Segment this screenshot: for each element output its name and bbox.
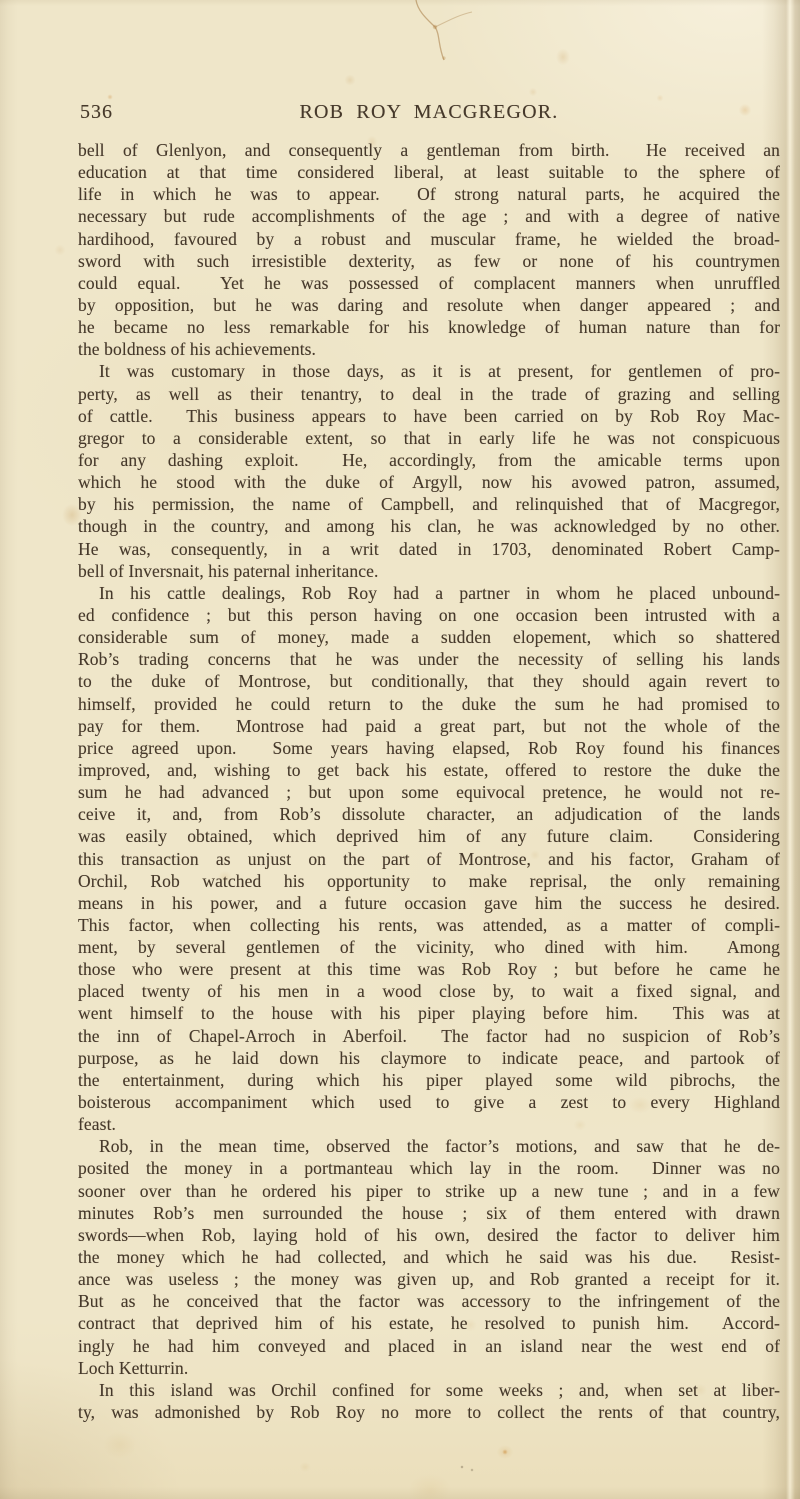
text-line: price agreed upon. Some years having ela… bbox=[78, 737, 780, 759]
text-line: considerable sum of money, made a sudden… bbox=[78, 626, 780, 648]
text-line: this transaction as unjust on the part o… bbox=[78, 848, 780, 870]
page-header: 536 ROB ROY MACGREGOR. bbox=[78, 100, 780, 126]
text-line: improved, and, wishing to get back his e… bbox=[78, 759, 780, 781]
text-line: ty, was admonished by Rob Roy no more to… bbox=[78, 1401, 780, 1423]
text-line: to the duke of Montrose, but conditional… bbox=[78, 670, 780, 692]
paragraph: bell of Glenlyon, and consequently a gen… bbox=[78, 139, 780, 360]
text-line: himself, provided he could return to the… bbox=[78, 693, 780, 715]
text-line: This factor, when collecting his rents, … bbox=[78, 914, 780, 936]
paragraph: It was customary in those days, as it is… bbox=[78, 360, 780, 581]
text-line: for any dashing exploit. He, accordingly… bbox=[78, 449, 780, 471]
text-line: In this island was Orchil confined for s… bbox=[78, 1379, 780, 1401]
text-line: of cattle. This business appears to have… bbox=[78, 405, 780, 427]
text-line: the inn of Chapel-Arroch in Aberfoil. Th… bbox=[78, 1025, 780, 1047]
text-line: boisterous accompaniment which used to g… bbox=[78, 1091, 780, 1113]
text-line: ceive it, and, from Rob’s dissolute char… bbox=[78, 803, 780, 825]
text-line: means in his power, and a future occasio… bbox=[78, 892, 780, 914]
text-line: Rob, in the mean time, observed the fact… bbox=[78, 1135, 780, 1157]
paragraph: In his cattle dealings, Rob Roy had a pa… bbox=[78, 582, 780, 1136]
text-line: purpose, as he laid down his claymore to… bbox=[78, 1047, 780, 1069]
text-line: It was customary in those days, as it is… bbox=[78, 360, 780, 382]
book-page: 536 ROB ROY MACGREGOR. bell of Glenlyon,… bbox=[0, 0, 800, 1499]
text-line: life in which he was to appear. Of stron… bbox=[78, 183, 780, 205]
text-line: went himself to the house with his piper… bbox=[78, 1002, 780, 1024]
text-line: necessary but rude accomplishments of th… bbox=[78, 205, 780, 227]
text-block: bell of Glenlyon, and consequently a gen… bbox=[78, 139, 780, 1423]
text-line: bell of Inversnait, his paternal inherit… bbox=[78, 560, 780, 582]
text-line: ingly he had him conveyed and placed in … bbox=[78, 1335, 780, 1357]
text-line: the boldness of his achievements. bbox=[78, 338, 780, 360]
text-line: ment, by several gentlemen of the vicini… bbox=[78, 936, 780, 958]
text-line: feast. bbox=[78, 1113, 780, 1135]
text-line: though in the country, and among his cla… bbox=[78, 515, 780, 537]
text-line: Loch Ketturrin. bbox=[78, 1357, 780, 1379]
text-line: he became no less remarkable for his kno… bbox=[78, 316, 780, 338]
text-line: ance was useless ; the money was given u… bbox=[78, 1268, 780, 1290]
text-line: education at that time considered libera… bbox=[78, 161, 780, 183]
paragraph: In this island was Orchil confined for s… bbox=[78, 1379, 780, 1423]
running-title: ROB ROY MACGREGOR. bbox=[78, 100, 780, 124]
text-line: which he stood with the duke of Argyll, … bbox=[78, 471, 780, 493]
text-line: those who were present at this time was … bbox=[78, 958, 780, 980]
text-line: posited the money in a portmanteau which… bbox=[78, 1157, 780, 1179]
text-line: He was, consequently, in a writ dated in… bbox=[78, 538, 780, 560]
text-line: by his permission, the name of Campbell,… bbox=[78, 493, 780, 515]
text-line: sooner over than he ordered his piper to… bbox=[78, 1180, 780, 1202]
text-line: Orchil, Rob watched his opportunity to m… bbox=[78, 870, 780, 892]
text-line: gregor to a considerable extent, so that… bbox=[78, 427, 780, 449]
text-line: But as he conceived that the factor was … bbox=[78, 1290, 780, 1312]
text-line: sword with such irresistible dexterity, … bbox=[78, 250, 780, 272]
text-line: contract that deprived him of his estate… bbox=[78, 1312, 780, 1334]
paper-crack-stain bbox=[388, 0, 508, 80]
text-line: Rob’s trading concerns that he was under… bbox=[78, 648, 780, 670]
text-line: placed twenty of his men in a wood close… bbox=[78, 980, 780, 1002]
text-line: minutes Rob’s men surrounded the house ;… bbox=[78, 1202, 780, 1224]
text-line: In his cattle dealings, Rob Roy had a pa… bbox=[78, 582, 780, 604]
text-line: bell of Glenlyon, and consequently a gen… bbox=[78, 139, 780, 161]
text-line: sum he had advanced ; but upon some equi… bbox=[78, 781, 780, 803]
text-line: the money which he had collected, and wh… bbox=[78, 1246, 780, 1268]
text-line: ed confidence ; but this person having o… bbox=[78, 604, 780, 626]
text-line: hardihood, favoured by a robust and musc… bbox=[78, 228, 780, 250]
text-line: perty, as well as their tenantry, to dea… bbox=[78, 383, 780, 405]
paragraph: Rob, in the mean time, observed the fact… bbox=[78, 1135, 780, 1379]
text-line: by opposition, but he was daring and res… bbox=[78, 294, 780, 316]
text-line: swords—when Rob, laying hold of his own,… bbox=[78, 1224, 780, 1246]
text-line: was easily obtained, which deprived him … bbox=[78, 825, 780, 847]
text-line: could equal. Yet he was possessed of com… bbox=[78, 272, 780, 294]
text-line: pay for them. Montrose had paid a great … bbox=[78, 715, 780, 737]
text-line: the entertainment, during which his pipe… bbox=[78, 1069, 780, 1091]
